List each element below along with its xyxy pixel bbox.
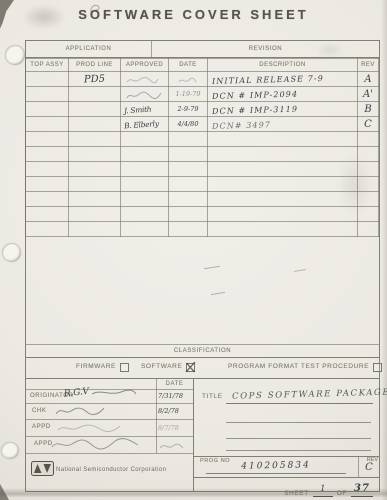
national-semiconductor-logo	[31, 461, 54, 476]
description-value: DCN # IMP-2094	[208, 88, 357, 101]
empty-cell	[26, 87, 69, 102]
signoff-pane: DATE ORIGINATOR R.G.V 7/31/78 CHK 8/2/78…	[26, 379, 194, 491]
empty-cell	[26, 102, 69, 117]
rev-box-label: REV	[367, 458, 378, 464]
description-value: DCN # IMP-3119	[208, 103, 357, 116]
column-header-approved: APPROVED	[121, 59, 169, 72]
approved-cell: J. Smith	[121, 102, 169, 117]
date-scribble	[158, 441, 184, 451]
date-cell: 2-9-79	[169, 102, 208, 117]
approved-signature: B. Elberly	[121, 118, 169, 130]
scan-mark	[294, 269, 306, 272]
x-mark-icon	[184, 360, 197, 374]
blank-line	[226, 422, 371, 423]
cover-sheet-form: APPLICATION REVISION TOP ASSY PROD LINE …	[25, 40, 380, 492]
approved-cell	[121, 87, 169, 102]
table-row-empty	[26, 192, 379, 207]
table-row: PD5 INITIAL RELEASE 7-9 A	[26, 72, 379, 87]
empty-cell	[121, 207, 169, 222]
signature-scribble	[125, 75, 159, 85]
software-option: SOFTWARE	[141, 363, 195, 372]
company-name: National Semiconductor Corporation	[56, 467, 166, 473]
scanned-document: SOFTWARE COVER SHEET APPLICATION REVISIO…	[0, 0, 387, 500]
rev-cell: A	[358, 72, 379, 87]
table-row: J. Smith 2-9-79 DCN # IMP-3119 B	[26, 102, 379, 117]
title-label: TITLE	[202, 394, 223, 401]
appd1-date: 8/7/78	[158, 424, 179, 432]
empty-cell	[69, 192, 121, 207]
empty-cell	[358, 162, 379, 177]
table-row-empty	[26, 162, 379, 177]
rev-box: REV C	[358, 457, 379, 477]
originator-date: 7/31/78	[158, 392, 183, 400]
empty-cell	[69, 87, 121, 102]
classification-band: CLASSIFICATION	[26, 344, 379, 358]
empty-cell	[69, 177, 121, 192]
blank-line	[226, 450, 371, 451]
title-value: COPS SOFTWARE PACKAGE	[226, 383, 373, 402]
description-cell: INITIAL RELEASE 7-9	[208, 72, 358, 87]
empty-cell	[26, 207, 69, 222]
rev-value: A'	[358, 89, 378, 100]
empty-cell	[169, 147, 208, 162]
date-value: 2-9-79	[169, 105, 207, 113]
table-row-empty	[26, 132, 379, 147]
empty-cell	[169, 207, 208, 222]
signature-scribble	[125, 90, 163, 100]
signature-scribble	[56, 422, 122, 434]
column-header-description: DESCRIPTION	[208, 59, 358, 72]
date-cell	[169, 72, 208, 87]
empty-cell	[26, 177, 69, 192]
empty-cell	[26, 132, 69, 147]
signature-flourish	[91, 388, 137, 398]
empty-cell	[69, 162, 121, 177]
empty-cell	[69, 117, 121, 132]
rev-value: B	[358, 104, 378, 115]
description-cell: DCN# 3497	[208, 117, 358, 132]
divider	[26, 419, 193, 420]
program-format-option: PROGRAM FORMAT TEST PROCEDURE	[228, 363, 382, 372]
prog-no-value: 410205834	[206, 457, 346, 472]
approved-signature: J. Smith	[121, 103, 169, 115]
classification-label: CLASSIFICATION	[174, 348, 231, 354]
table-row-empty	[26, 177, 379, 192]
empty-cell	[121, 177, 169, 192]
empty-cell	[26, 117, 69, 132]
prod-line-value: PD5	[69, 73, 120, 86]
rev-cell: C	[358, 117, 379, 132]
description-value: DCN# 3497	[208, 118, 357, 131]
description-value: INITIAL RELEASE 7-9	[208, 73, 357, 86]
scan-mark	[204, 266, 220, 269]
empty-cell	[121, 162, 169, 177]
empty-cell	[358, 207, 379, 222]
prog-no-line: 410205834	[206, 458, 346, 474]
application-section: APPLICATION	[26, 41, 152, 57]
punch-hole	[5, 45, 25, 65]
date-column-divider	[156, 379, 157, 453]
paper-edge-shadow	[381, 0, 387, 500]
date-cell: 1-19-79	[169, 87, 208, 102]
signoff-and-title-block: DATE ORIGINATOR R.G.V 7/31/78 CHK 8/2/78…	[26, 379, 379, 491]
scan-mark	[211, 292, 225, 295]
rev-cell: B	[358, 102, 379, 117]
signature-scribble	[50, 437, 140, 451]
empty-cell	[208, 162, 358, 177]
rev-cell: A'	[358, 87, 379, 102]
empty-cell	[69, 102, 121, 117]
revision-label: REVISION	[249, 46, 282, 52]
prod-line-cell: PD5	[69, 72, 121, 87]
empty-cell	[358, 192, 379, 207]
empty-cell	[358, 147, 379, 162]
date-value: 4/4/80	[169, 120, 207, 128]
chk-label: CHK	[32, 408, 46, 414]
empty-cell	[26, 147, 69, 162]
empty-cell	[26, 162, 69, 177]
revision-section: REVISION	[152, 41, 379, 57]
empty-cell	[169, 177, 208, 192]
date-value: 1-19-79	[169, 90, 207, 98]
originator-signature: R.G.V	[64, 388, 137, 398]
empty-cell	[169, 132, 208, 147]
software-label: SOFTWARE	[141, 364, 182, 371]
empty-cell	[208, 192, 358, 207]
firmware-label: FIRMWARE	[76, 364, 116, 371]
empty-cell	[121, 147, 169, 162]
approved-cell	[121, 72, 169, 87]
software-checkbox	[186, 363, 195, 372]
revision-table: TOP ASSY PROD LINE APPROVED DATE DESCRIP…	[25, 58, 379, 237]
program-format-label: PROGRAM FORMAT TEST PROCEDURE	[228, 364, 369, 371]
empty-cell	[208, 207, 358, 222]
application-label: APPLICATION	[66, 46, 112, 52]
punch-hole	[2, 243, 21, 262]
classification-options-row: FIRMWARE SOFTWARE PROGRAM FORMAT TEST PR…	[26, 357, 379, 379]
paper-edge-shadow	[0, 488, 387, 497]
signature-scribble	[54, 405, 106, 417]
revision-table-body: PD5 INITIAL RELEASE 7-9 A	[26, 72, 379, 237]
title-line: COPS SOFTWARE PACKAGE	[226, 385, 373, 404]
column-header-date: DATE	[169, 59, 208, 72]
table-row: B. Elberly 4/4/80 DCN# 3497 C	[26, 117, 379, 132]
date-scribble	[177, 76, 197, 85]
punch-hole	[1, 442, 19, 459]
empty-cell	[208, 177, 358, 192]
empty-cell	[358, 132, 379, 147]
empty-cell	[169, 162, 208, 177]
title-pane: TITLE COPS SOFTWARE PACKAGE PROG NO 4102…	[194, 379, 379, 491]
prog-no-band: PROG NO 410205834 REV C	[194, 456, 379, 478]
column-header-top-assy: TOP ASSY	[26, 59, 69, 72]
empty-cell	[208, 132, 358, 147]
table-row: 1-19-79 DCN # IMP-2094 A'	[26, 87, 379, 102]
application-notes-area	[26, 230, 379, 344]
table-row-empty	[26, 207, 379, 222]
table-row-empty	[26, 147, 379, 162]
empty-cell	[121, 132, 169, 147]
revision-table-header-row: TOP ASSY PROD LINE APPROVED DATE DESCRIP…	[26, 59, 379, 72]
empty-cell	[69, 132, 121, 147]
approved-cell: B. Elberly	[121, 117, 169, 132]
chk-date: 8/2/78	[158, 407, 179, 415]
empty-cell	[169, 192, 208, 207]
date-column-header: DATE	[156, 381, 193, 387]
rev-value: C	[358, 119, 378, 130]
empty-cell	[358, 177, 379, 192]
description-cell: DCN # IMP-3119	[208, 102, 358, 117]
date-cell: 4/4/80	[169, 117, 208, 132]
description-cell: DCN # IMP-2094	[208, 87, 358, 102]
empty-cell	[26, 192, 69, 207]
blank-line	[226, 438, 371, 439]
empty-cell	[69, 207, 121, 222]
page-title: SOFTWARE COVER SHEET	[0, 7, 387, 22]
section-header-band: APPLICATION REVISION	[26, 41, 379, 58]
appd1-label: APPD	[32, 424, 51, 430]
empty-cell	[69, 147, 121, 162]
rev-value: A	[358, 74, 378, 85]
empty-cell	[208, 147, 358, 162]
column-header-prod-line: PROD LINE	[69, 59, 121, 72]
empty-cell	[121, 192, 169, 207]
firmware-checkbox	[120, 363, 129, 372]
firmware-option: FIRMWARE	[76, 363, 129, 372]
empty-cell	[26, 72, 69, 87]
divider	[26, 453, 193, 454]
divider	[26, 403, 193, 404]
column-header-rev: REV	[358, 59, 379, 72]
